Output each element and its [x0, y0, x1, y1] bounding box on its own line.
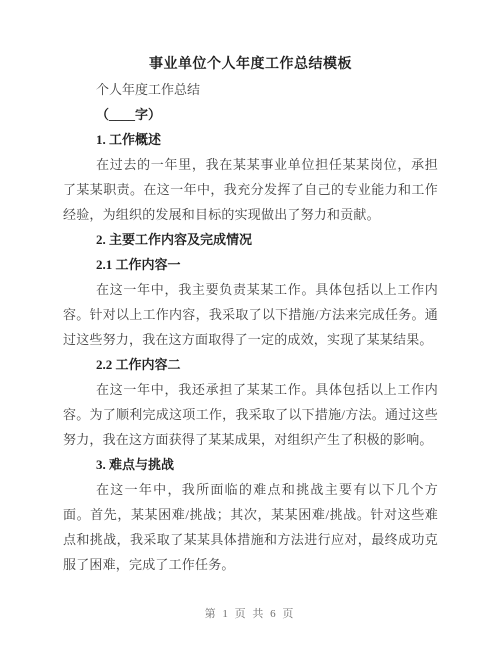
document-body: 个人年度工作总结（____字）1. 工作概述在过去的一年里，我在某某事业单位担任…	[63, 77, 438, 577]
document-page: 事业单位个人年度工作总结模板 个人年度工作总结（____字）1. 工作概述在过去…	[0, 0, 500, 647]
section-heading: （____字）	[63, 102, 438, 127]
doc-subtitle: 个人年度工作总结	[63, 77, 438, 102]
section-heading: 2.1 工作内容一	[63, 252, 438, 277]
page-number-footer: 第 1 页 共 6 页	[0, 605, 500, 621]
paragraph: 在这一年中，我还承担了某某工作。具体包括以上工作内容。为了顺利完成这项工作，我采…	[63, 377, 438, 452]
section-heading: 2.2 工作内容二	[63, 352, 438, 377]
section-heading: 1. 工作概述	[63, 127, 438, 152]
paragraph: 在过去的一年里，我在某某事业单位担任某某岗位，承担了某某职责。在这一年中，我充分…	[63, 152, 438, 227]
section-heading: 2. 主要工作内容及完成情况	[63, 227, 438, 252]
paragraph: 在这一年中，我所面临的难点和挑战主要有以下几个方面。首先，某某困难/挑战；其次，…	[63, 477, 438, 577]
section-heading: 3. 难点与挑战	[63, 452, 438, 477]
paragraph: 在这一年中，我主要负责某某工作。具体包括以上工作内容。针对以上工作内容，我采取了…	[63, 277, 438, 352]
document-title: 事业单位个人年度工作总结模板	[63, 52, 438, 77]
